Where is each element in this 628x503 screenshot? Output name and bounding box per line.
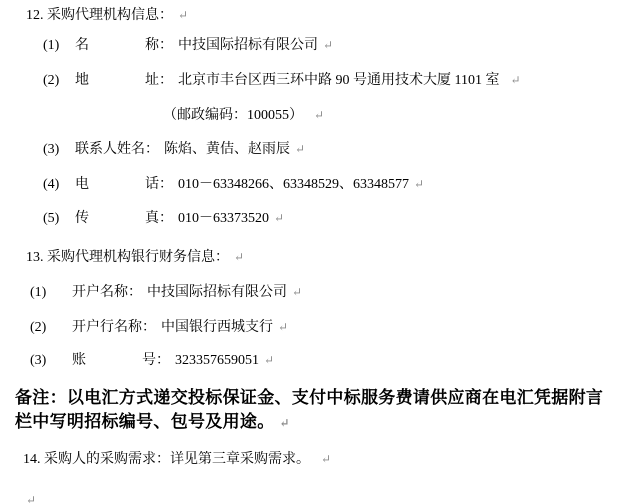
section-12-heading-text: 12. 采购代理机构信息： [26, 8, 173, 23]
item-number: (3) [43, 141, 75, 159]
item-number: (2) [43, 72, 75, 90]
item-label: 开户名称： [72, 285, 142, 300]
paragraph-mark-icon: ↵ [323, 38, 333, 52]
document-page: 12. 采购代理机构信息：↵ (1)名 称：中技国际招标有限公司↵ (2)地 址… [0, 0, 628, 503]
paragraph-mark-icon: ↵ [414, 177, 424, 191]
item-number: (1) [30, 284, 72, 302]
paragraph-mark-icon: ↵ [264, 353, 274, 367]
remark-line-1: 备注：以电汇方式递交投标保证金、支付中标服务费请供应商在电汇凭据附言 [15, 387, 603, 409]
remark-line-2: 栏中写明招标编号、包号及用途。↵ [15, 411, 290, 434]
item-value: 010－63348266、63348529、63348577 [178, 177, 409, 192]
list-item: (1)开户名称：中技国际招标有限公司↵ [30, 283, 302, 302]
item-label: 账 号： [72, 353, 170, 368]
item-number: (5) [43, 210, 75, 228]
paragraph-mark-icon: ↵ [234, 250, 244, 264]
item-number: (2) [30, 319, 72, 337]
section-13-heading-text: 13. 采购代理机构银行财务信息： [26, 250, 229, 265]
section-13-heading: 13. 采购代理机构银行财务信息：↵ [26, 248, 244, 267]
paragraph-mark-icon: ↵ [26, 493, 36, 503]
item-number: (1) [43, 37, 75, 55]
paragraph-mark-icon: ↵ [280, 416, 290, 430]
paragraph-mark-icon: ↵ [274, 211, 284, 225]
item-label: 电 话： [75, 177, 173, 192]
empty-paragraph: ↵ [26, 491, 36, 503]
item-value: 323357659051 [175, 353, 259, 368]
paragraph-mark-icon: ↵ [295, 142, 305, 156]
section-14-line: 14. 采购人的采购需求：详见第三章采购需求。↵ [23, 450, 331, 469]
postal-code-text: （邮政编码：100055） [163, 108, 303, 123]
item-label: 开户行名称： [72, 320, 156, 335]
list-item: (3)账 号：323357659051↵ [30, 351, 274, 370]
list-item: (5)传 真：010－63373520↵ [43, 209, 284, 228]
list-item: (2)开户行名称：中国银行西城支行↵ [30, 318, 288, 337]
item-value: 中技国际招标有限公司 [147, 285, 287, 300]
paragraph-mark-icon: ↵ [321, 452, 331, 466]
postal-code-line: （邮政编码：100055）↵ [163, 106, 324, 125]
item-value: 中国银行西城支行 [161, 320, 273, 335]
list-item: (3)联系人姓名：陈焰、黄佶、赵雨辰↵ [43, 140, 305, 159]
item-label: 地 址： [75, 73, 173, 88]
paragraph-mark-icon: ↵ [510, 73, 520, 87]
item-value: 中技国际招标有限公司 [178, 38, 318, 53]
item-label: 联系人姓名： [75, 142, 159, 157]
item-value: 陈焰、黄佶、赵雨辰 [164, 142, 290, 157]
list-item: (4)电 话：010－63348266、63348529、63348577↵ [43, 175, 424, 194]
item-label: 名 称： [75, 38, 173, 53]
item-value: 010－63373520 [178, 211, 269, 226]
list-item: (1)名 称：中技国际招标有限公司↵ [43, 36, 333, 55]
item-number: (4) [43, 176, 75, 194]
paragraph-mark-icon: ↵ [292, 285, 302, 299]
section-12-heading: 12. 采购代理机构信息：↵ [26, 6, 188, 25]
remark-text-1: 备注：以电汇方式递交投标保证金、支付中标服务费请供应商在电汇凭据附言 [15, 388, 603, 407]
paragraph-mark-icon: ↵ [278, 320, 288, 334]
item-value: 北京市丰台区西三环中路 90 号通用技术大厦 1101 室 [178, 73, 499, 88]
section-14-text: 14. 采购人的采购需求：详见第三章采购需求。 [23, 452, 310, 467]
list-item: (2)地 址：北京市丰台区西三环中路 90 号通用技术大厦 1101 室↵ [43, 71, 521, 90]
paragraph-mark-icon: ↵ [314, 108, 324, 122]
item-number: (3) [30, 352, 72, 370]
item-label: 传 真： [75, 211, 173, 226]
paragraph-mark-icon: ↵ [178, 8, 188, 22]
remark-text-2: 栏中写明招标编号、包号及用途。 [15, 412, 275, 431]
